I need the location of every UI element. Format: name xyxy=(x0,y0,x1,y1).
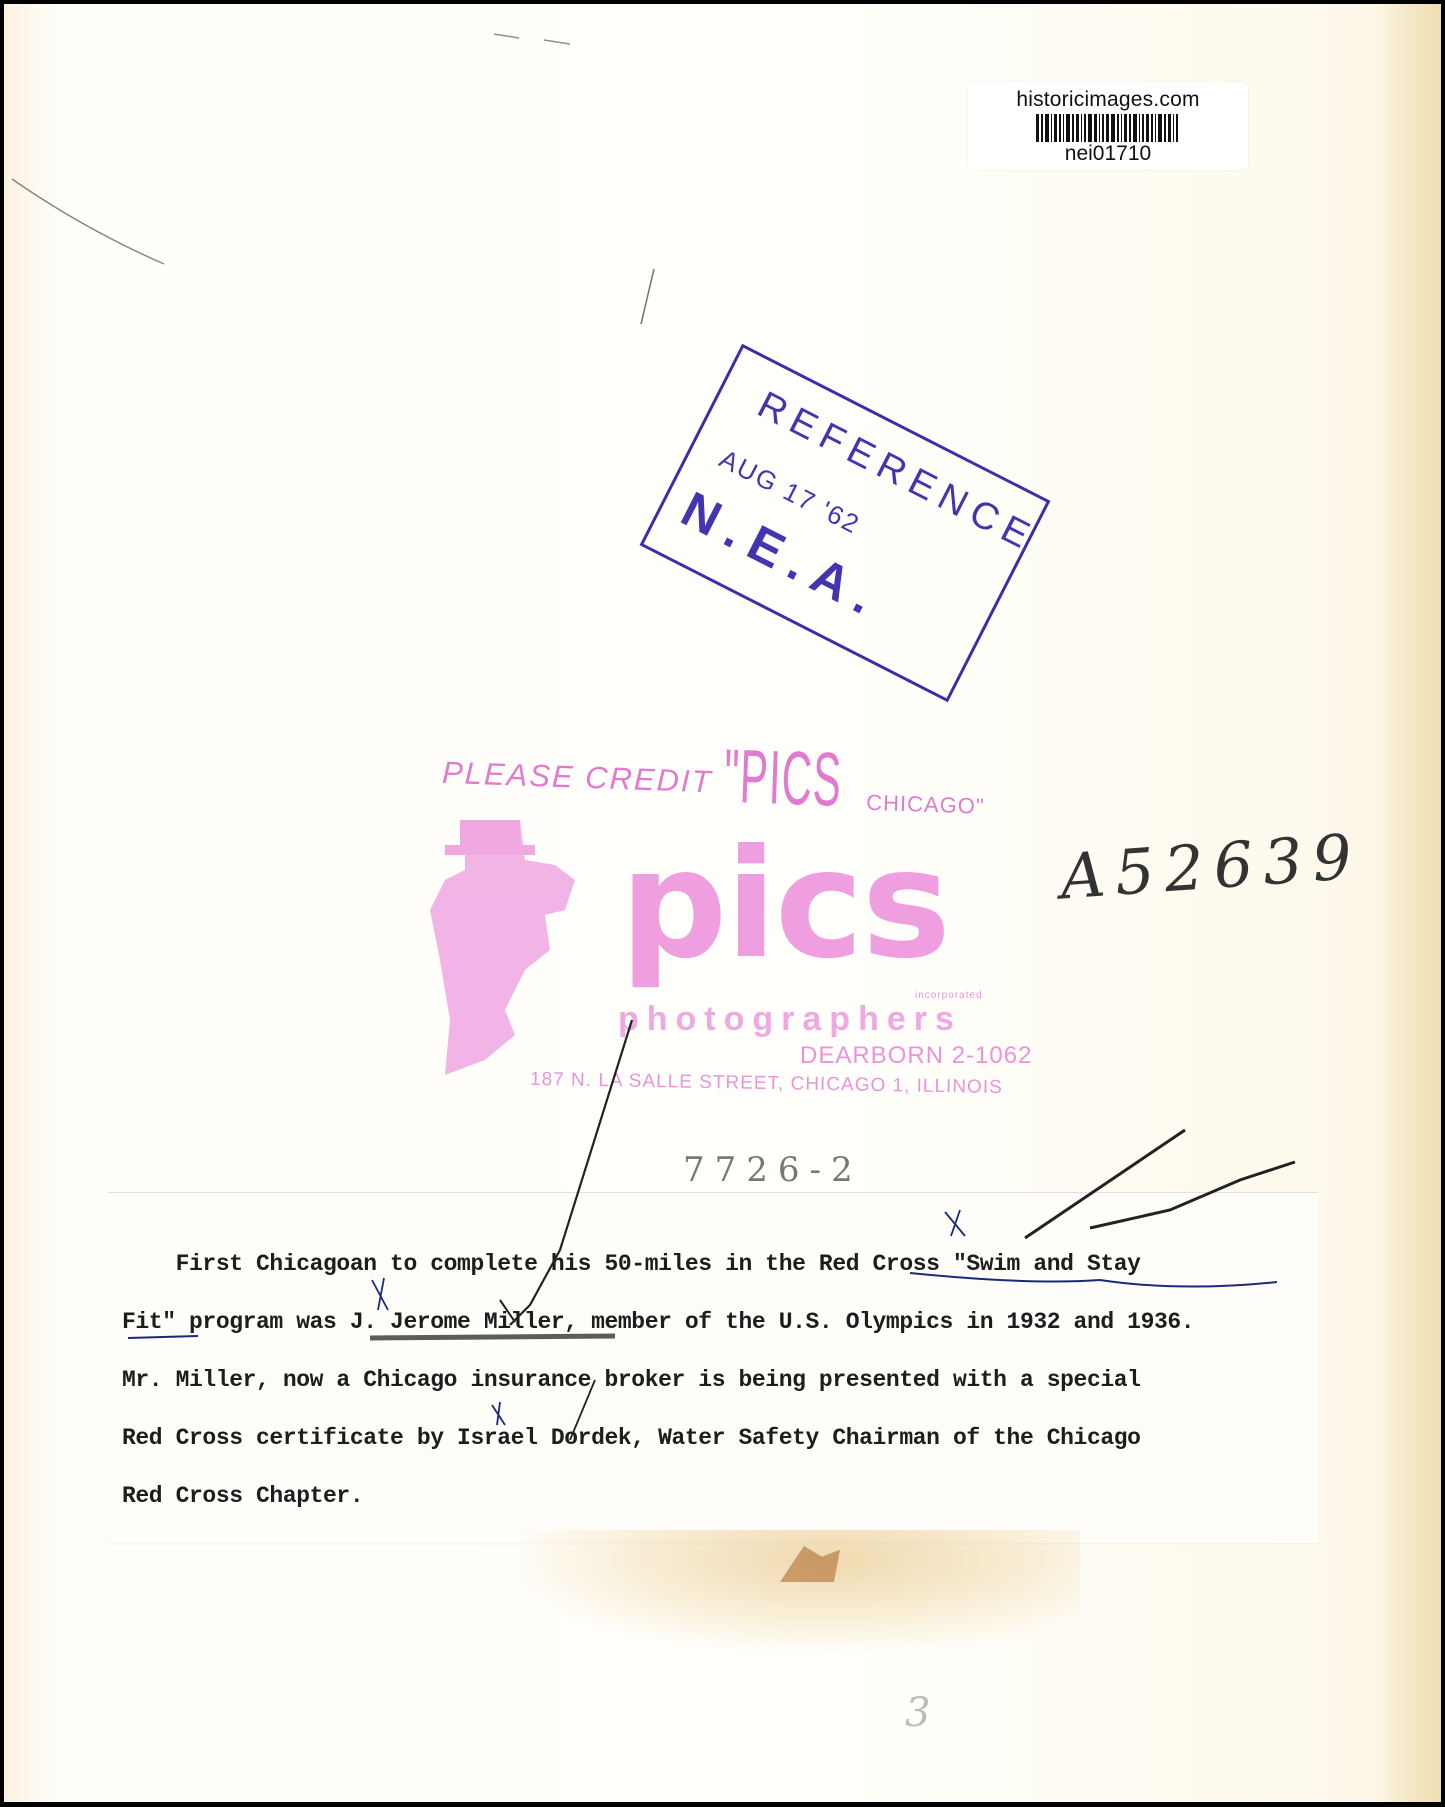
caption-line: Mr. Miller, now a Chicago insurance brok… xyxy=(122,1351,1302,1409)
phone-text: DEARBORN 2-1062 xyxy=(800,1042,1032,1070)
caption-line: Red Cross Chapter. xyxy=(122,1467,1302,1525)
caption-line: Red Cross certificate by Israel Dordek, … xyxy=(122,1409,1302,1467)
label-code: nei01710 xyxy=(968,143,1248,165)
caption-slip: First Chicagoan to complete his 50-miles… xyxy=(108,1192,1318,1543)
stamped-number: 7726-2 xyxy=(683,1150,863,1190)
edge-discoloration xyxy=(1381,4,1441,1802)
pics-logo-word: pics xyxy=(620,830,949,980)
caption-line: First Chicagoan to complete his 50-miles… xyxy=(122,1235,1302,1293)
pics-mascot-icon xyxy=(425,820,615,1080)
please-credit-text: PLEASE CREDIT xyxy=(441,755,713,800)
photographers-text: photographers xyxy=(618,1000,962,1039)
chicago-text: CHICAGO" xyxy=(866,790,985,820)
label-site: historicimages.com xyxy=(968,88,1248,112)
caption-text: First Chicagoan to complete his 50-miles… xyxy=(122,1235,1302,1525)
caption-line: Fit" program was J. Jerome Miller, membe… xyxy=(122,1293,1302,1351)
archive-barcode-label: historicimages.com nei01710 xyxy=(968,82,1248,170)
pics-quoted-text: "PICS xyxy=(723,733,844,824)
pencil-page-mark: 3 xyxy=(905,1690,930,1736)
water-stain xyxy=(520,1530,1080,1650)
barcode-icon xyxy=(968,114,1248,142)
